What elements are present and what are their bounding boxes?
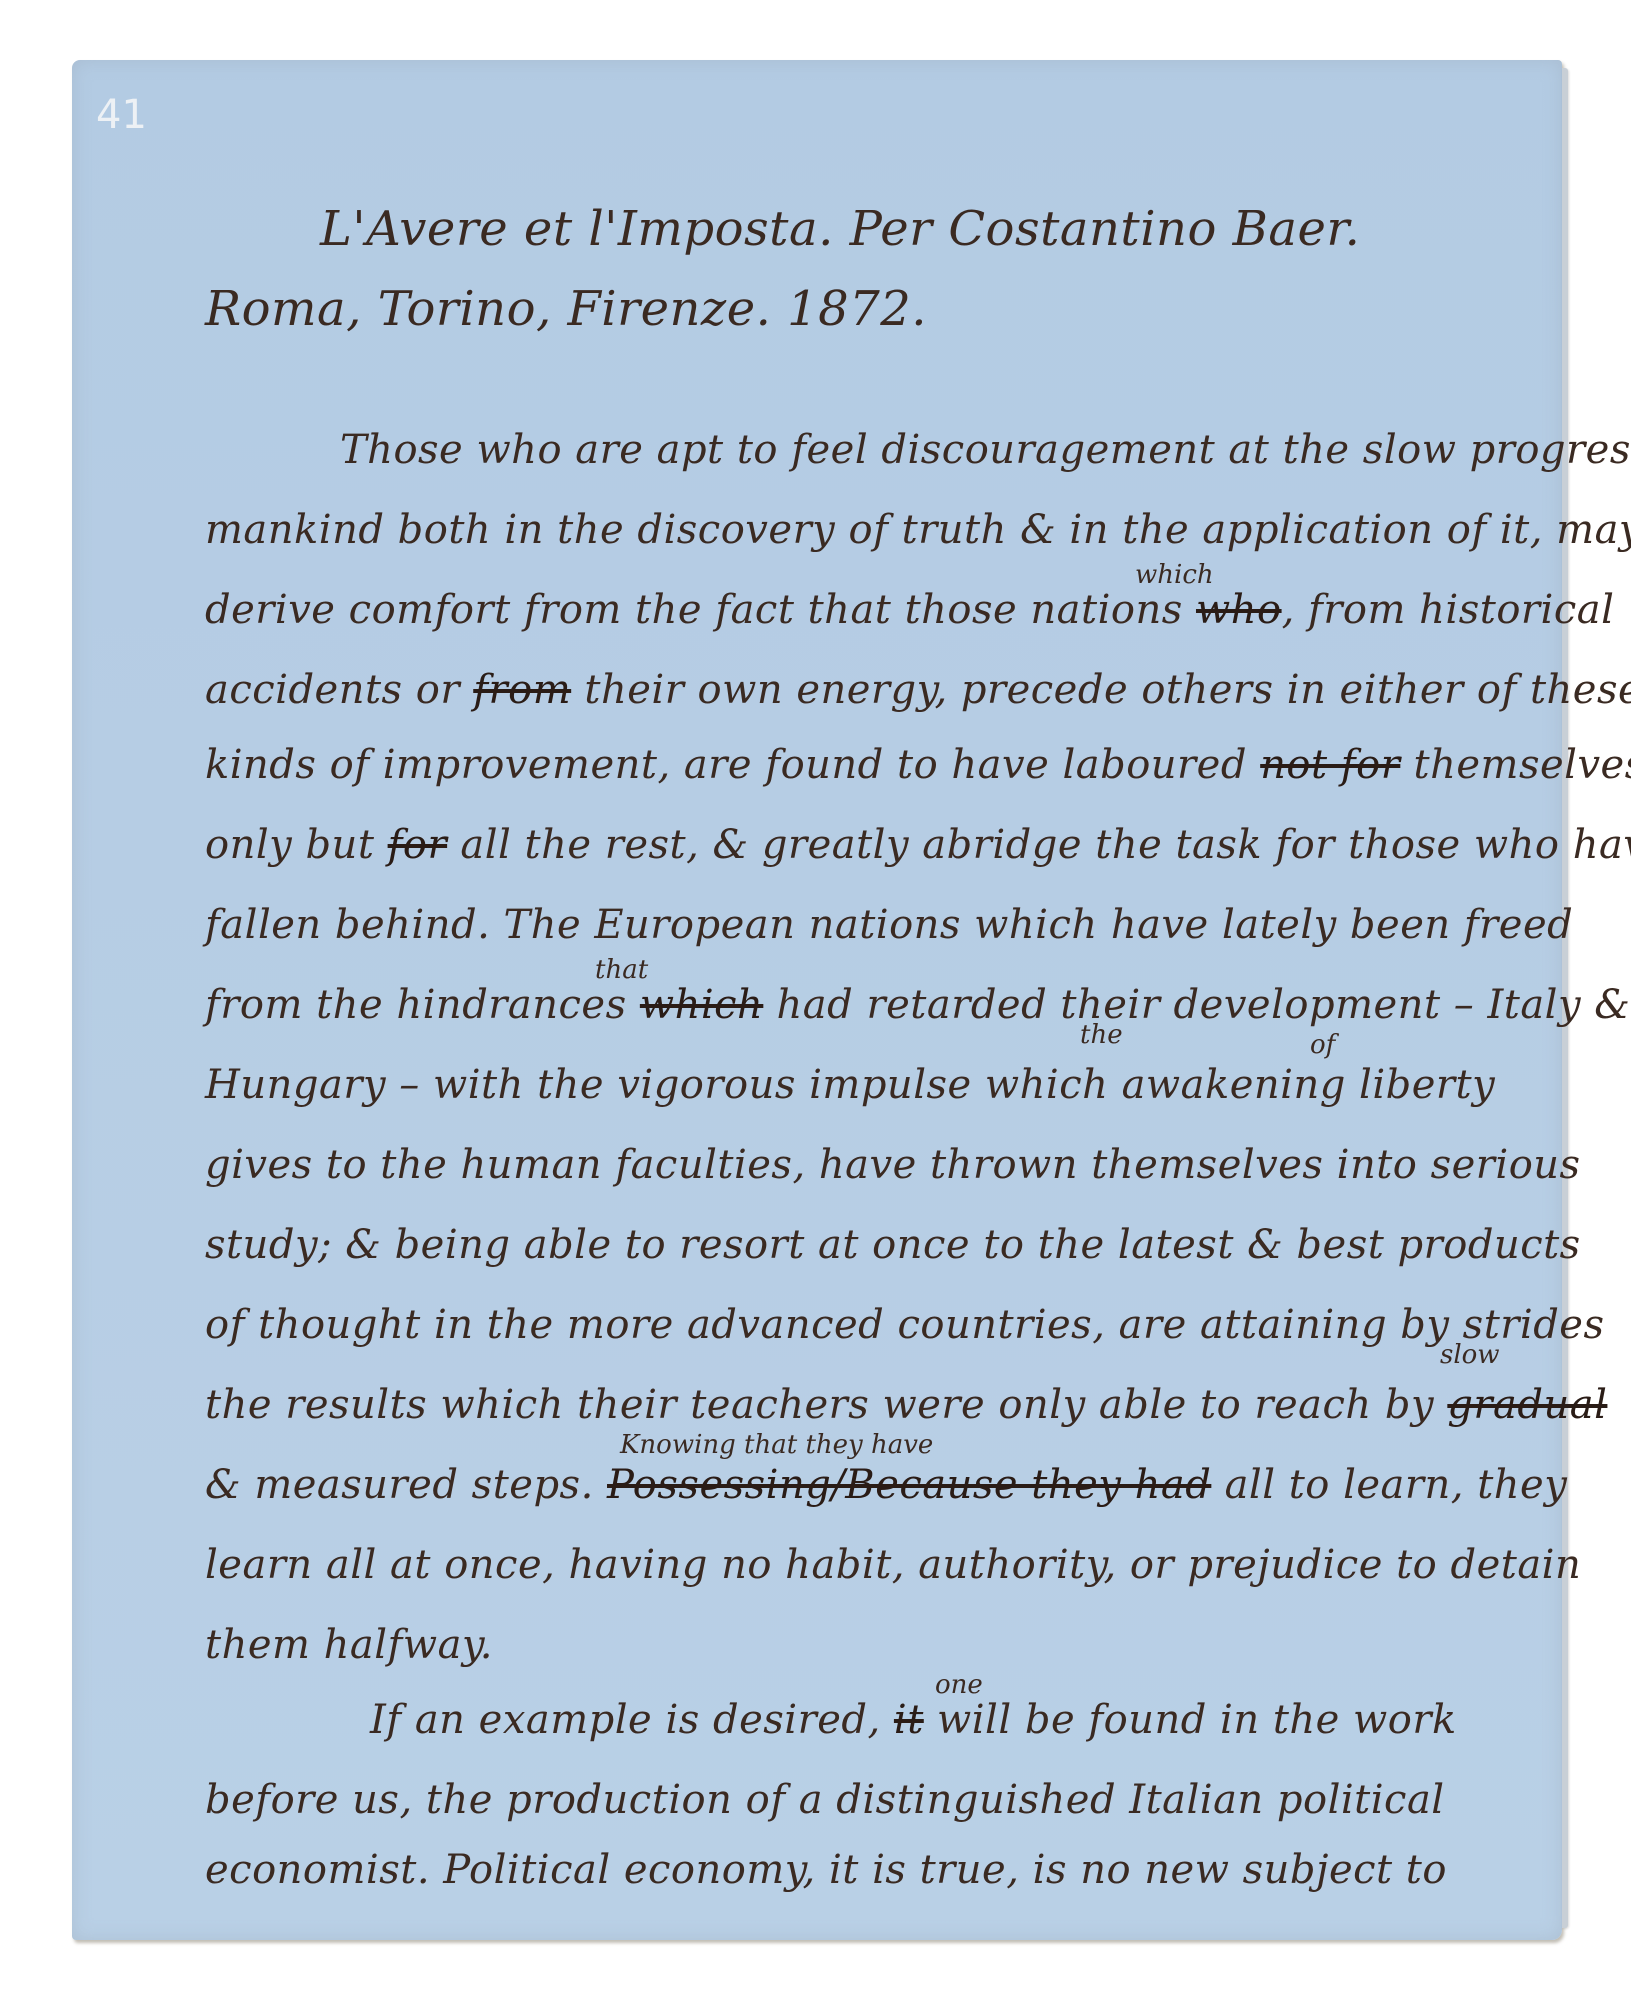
line-8-text: from the hindrances — [205, 982, 627, 1028]
text-line-16: them halfway. — [205, 1625, 493, 1665]
text-line-6: only but for all the rest, & greatly abr… — [205, 825, 1631, 865]
line-14-insertion: Knowing that they have — [620, 1430, 933, 1460]
page-number: 41 — [96, 92, 147, 138]
line-17-insertion: one — [935, 1670, 983, 1700]
line-3-insertion: which — [1135, 560, 1214, 590]
line-14-rest: all to learn, they — [1225, 1462, 1568, 1508]
text-line-3: derive comfort from the fact that those … — [205, 590, 1614, 630]
text-line-5: kinds of improvement, are found to have … — [205, 745, 1631, 785]
text-line-1: Those who are apt to feel discouragement… — [340, 430, 1631, 470]
text-line-2: mankind both in the discovery of truth &… — [205, 510, 1631, 550]
text-line-4: accidents or from their own energy, prec… — [205, 670, 1631, 710]
line-9-insertion-of: of — [1310, 1030, 1335, 1060]
line-6-deletion: for — [388, 822, 448, 868]
line-17-deletion: it — [894, 1697, 924, 1743]
line-6-rest: all the rest, & greatly abridge the task… — [460, 822, 1631, 868]
line-4-deletion: from — [473, 667, 571, 713]
text-line-12: of thought in the more advanced countrie… — [205, 1305, 1605, 1345]
line-9-text: Hungary – with the vigorous impulse whic… — [205, 1062, 1108, 1108]
text-line-10: gives to the human faculties, have throw… — [205, 1145, 1581, 1185]
line-5-text: kinds of improvement, are found to have … — [205, 742, 1247, 788]
line-14-deletion: Possessing/Because they had — [607, 1462, 1211, 1508]
line-8-deletion: which — [640, 982, 763, 1028]
line-8-rest: had retarded their development – Italy & — [777, 982, 1631, 1028]
line-13-deletion: gradual — [1447, 1382, 1607, 1428]
text-line-14: & measured steps. Possessing/Because the… — [205, 1465, 1567, 1505]
line-5-deletion: not for — [1260, 742, 1400, 788]
line-9-insertion-the: the — [1080, 1020, 1123, 1050]
text-line-9: Hungary – with the vigorous impulse whic… — [205, 1065, 1495, 1105]
line-13-text: the results which their teachers were on… — [205, 1382, 1434, 1428]
line-14-text: & measured steps. — [205, 1462, 594, 1508]
text-line-19: economist. Political economy, it is true… — [205, 1850, 1447, 1890]
title-line-2: Roma, Torino, Firenze. 1872. — [205, 285, 927, 333]
line-13-insertion: slow — [1440, 1340, 1500, 1370]
text-line-7: fallen behind. The European nations whic… — [205, 905, 1573, 945]
line-17-rest: will be found in the work — [937, 1697, 1457, 1743]
line-17-text: If an example is desired, — [370, 1697, 881, 1743]
line-3-text: derive comfort from the fact that those … — [205, 587, 1183, 633]
line-6-text: only but — [205, 822, 374, 868]
title-line-1: L'Avere et l'Imposta. Per Costantino Bae… — [320, 205, 1360, 253]
line-3-deletion: who — [1196, 587, 1282, 633]
text-line-15: learn all at once, having no habit, auth… — [205, 1545, 1581, 1585]
text-line-17: If an example is desired, it will be fou… — [370, 1700, 1457, 1740]
line-9-rest: awakening liberty — [1122, 1062, 1496, 1108]
text-line-11: study; & being able to resort at once to… — [205, 1225, 1581, 1265]
text-line-8: from the hindrances which had retarded t… — [205, 985, 1630, 1025]
line-3-rest: , from historical — [1282, 587, 1615, 633]
text-line-18: before us, the production of a distingui… — [205, 1780, 1445, 1820]
text-line-13: the results which their teachers were on… — [205, 1385, 1607, 1425]
line-5-rest: themselves — [1414, 742, 1631, 788]
line-4-text: accidents or — [205, 667, 460, 713]
line-8-insertion: that — [595, 955, 648, 985]
line-4-rest: their own energy, precede others in eith… — [584, 667, 1631, 713]
